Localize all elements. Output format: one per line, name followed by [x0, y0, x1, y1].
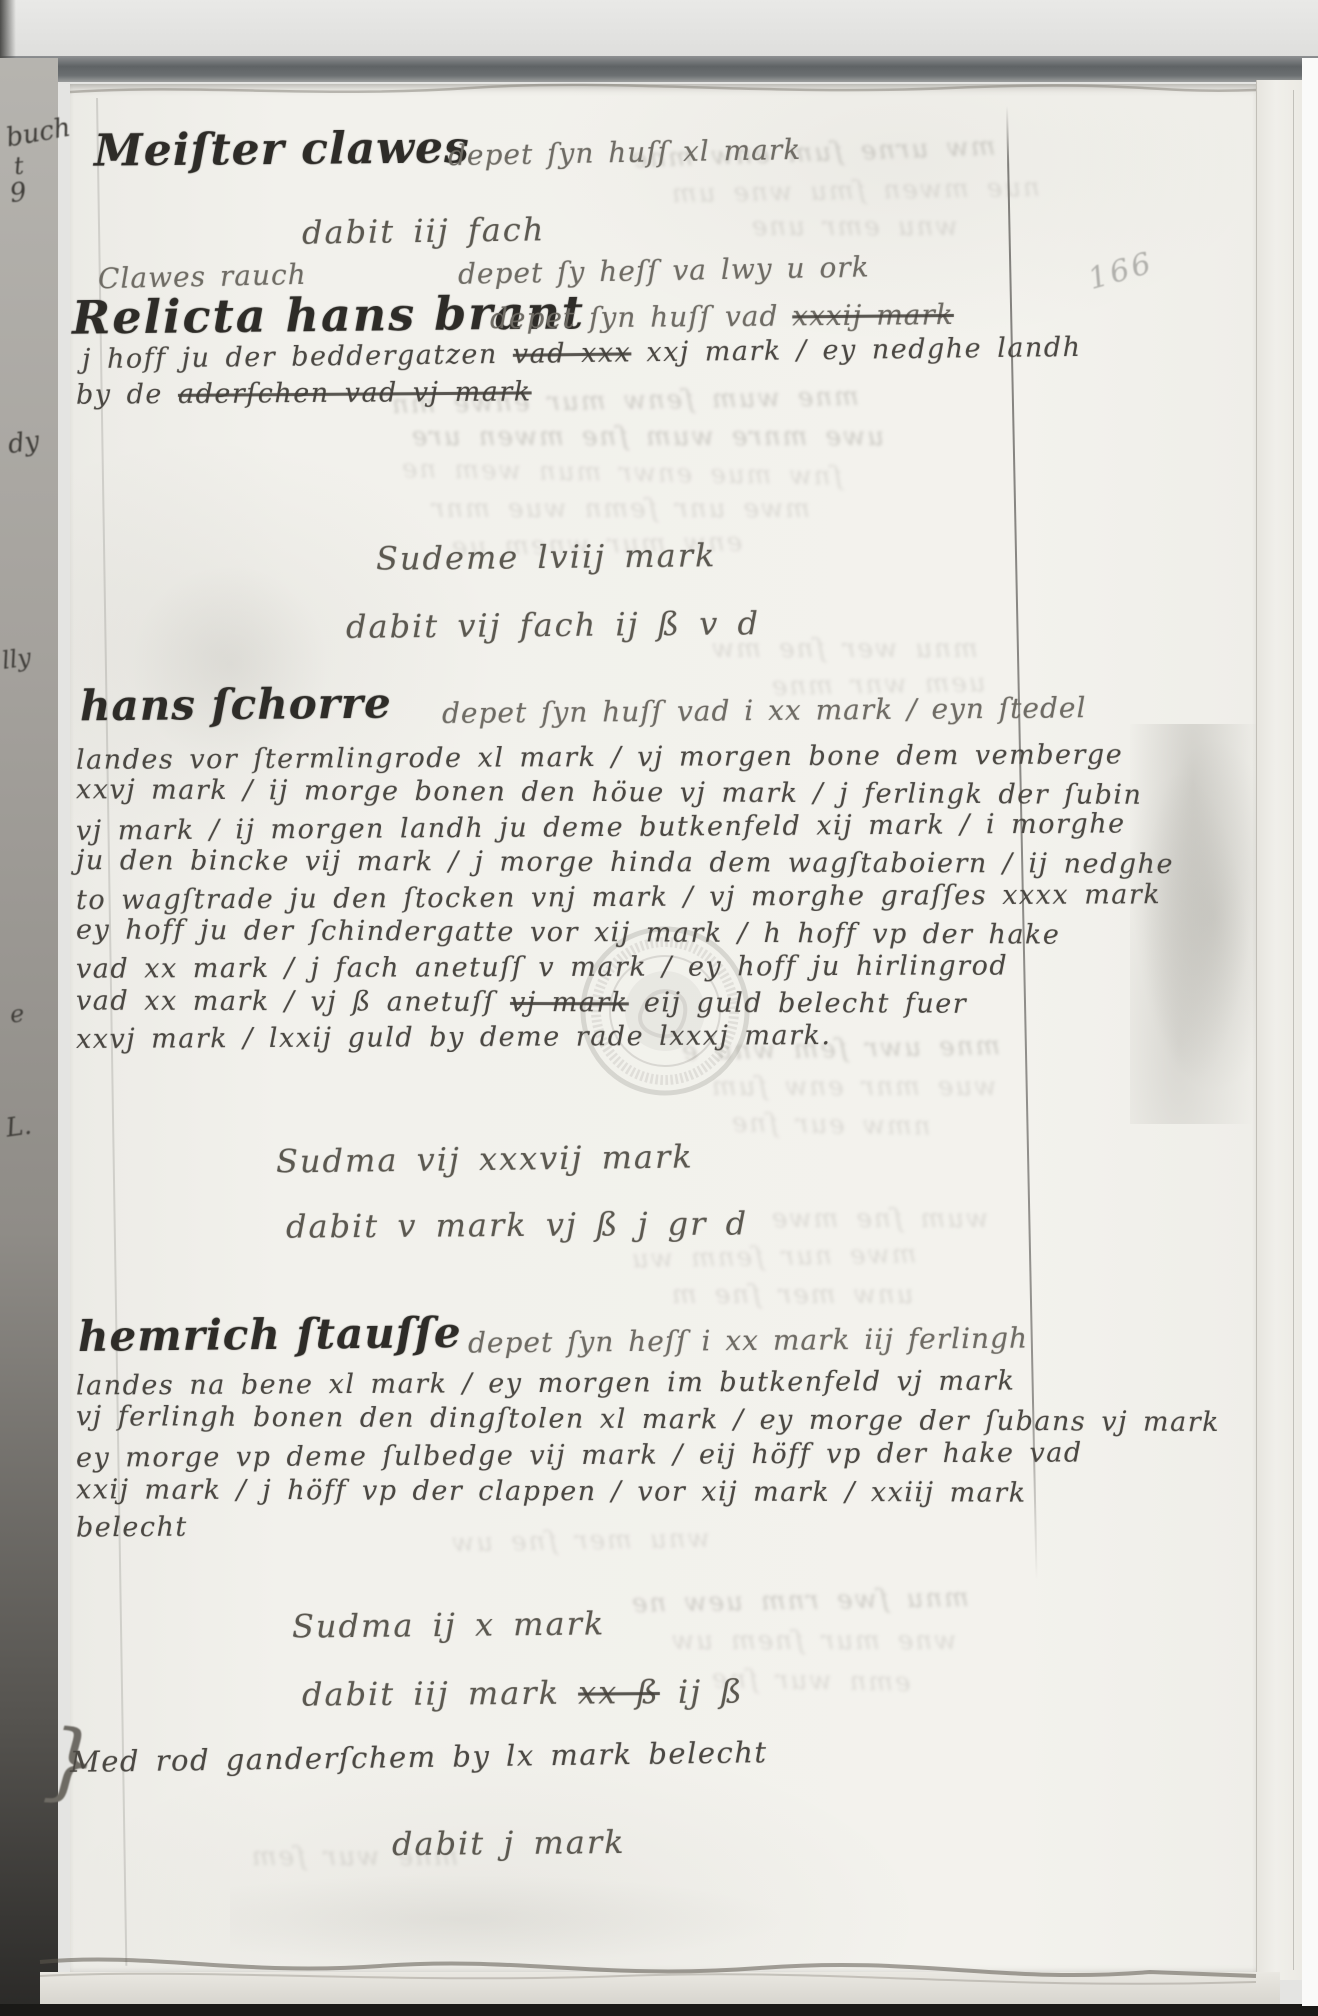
summa-line: Sudma ij x mark	[292, 1604, 606, 1645]
dabit-line: dabit vij fach ij ß v d	[346, 604, 760, 646]
paper-stain	[230, 1874, 790, 1964]
verso-text-fragment: e	[9, 999, 26, 1028]
entry-line: landes na bene xl mark / ey morgen im bu…	[76, 1366, 1015, 1402]
show-through-text: unw mer ſne m	[670, 1278, 913, 1313]
verso-text-fragment: L.	[4, 1110, 33, 1143]
page-stack-fore-edge	[1256, 80, 1304, 1980]
entry-line: ju den bincke vij mark / j morge hinda d…	[76, 845, 1174, 880]
show-through-text: nue mwen ſmu wne um	[670, 171, 1040, 212]
show-through-text: mnu ſwe rnm uew ne	[630, 1581, 969, 1622]
struck-amount: xxxij mark	[792, 298, 954, 332]
scanner-background-top	[0, 0, 1318, 58]
show-through-text: wnu emr une	[750, 210, 958, 245]
entry-line: xxij mark / j höff vp der clappen / vor …	[76, 1474, 1027, 1508]
entry-note-text: depet ſyn huſſ vad	[490, 299, 793, 335]
entry-name: hemrich ſtauſſe	[78, 1308, 462, 1361]
entry-line: vj ferlingh bonen den dingſtolen xl mark…	[76, 1401, 1220, 1438]
entry-note: depet ſyn huſſ xl mark	[448, 133, 802, 172]
show-through-text: wnu mer ſne uw	[450, 1522, 710, 1562]
scan-bottom-shadow	[0, 2004, 1318, 2016]
show-through-text: wne mur ſnem uw	[670, 1624, 956, 1659]
verso-text-fragment: dy	[6, 426, 41, 460]
interline-note: depet ſy heſſ va lwy u ork	[458, 250, 870, 290]
entry-line-text: xxj mark / ey nedghe landh	[631, 332, 1082, 368]
paper-stain	[130, 564, 330, 764]
summa-line: Sudma vij xxxvij mark	[276, 1137, 694, 1180]
entry-line-text: eij guld belecht fuer	[629, 987, 968, 1019]
dabit-line: dabit iij mark xx ß ij ß	[302, 1672, 744, 1713]
entry-line: belecht	[76, 1512, 188, 1544]
page-stack-edge-line	[1293, 90, 1294, 1970]
entry-line: landes vor ſtermlingrode xl mark / vj mo…	[76, 739, 1123, 775]
folio-number: 166	[1084, 246, 1157, 298]
manuscript-page: 166 mw urne ſum enw mne nue mwen ſmu wne…	[70, 84, 1256, 1974]
dabit-line: dabit iij fach	[302, 210, 546, 251]
scanned-manuscript-document: buch t 9 dy lly e L. 166 mw urne ſum enw…	[0, 0, 1318, 2016]
scanner-background-right	[1302, 58, 1318, 2006]
entry-line: xxvj mark / lxxij guld by deme rade lxxx…	[76, 1020, 832, 1055]
dabit-line: dabit j mark	[392, 1823, 626, 1863]
show-through-text: wum ſne mwe	[770, 1202, 988, 1237]
entry-line-text: vad xx mark / vj ß anetuſſ	[76, 985, 510, 1018]
entry-name: hans ſchorre	[80, 679, 392, 731]
entry-line: xxvj mark / ij morge bonen den höue vj m…	[76, 774, 1143, 811]
verso-text-fragment: lly	[0, 643, 33, 675]
struck-amount: vj mark	[510, 987, 629, 1018]
entry-line: by de aderſchen vad vj mark	[76, 376, 532, 410]
entry-line: vj mark / ij morgen landh ju deme butken…	[76, 808, 1126, 846]
right-margin-ruling-line	[1006, 106, 1038, 1580]
dabit-text: ij ß	[660, 1672, 744, 1711]
show-through-text: ſnw mue enwr mun wem ne	[400, 452, 843, 495]
entry-note: depet ſyn heſſ i xx mark iij ferlingh	[468, 1322, 1028, 1360]
entry-note: depet ſyn huſſ vad i xx mark / eyn ſtede…	[442, 691, 1087, 730]
dabit-line: dabit v mark vj ß j gr d	[286, 1204, 748, 1245]
dabit-text: dabit iij mark	[302, 1674, 578, 1714]
entry-name: Meiſter clawes	[94, 122, 470, 176]
summa-line: Sudeme lviij mark	[376, 536, 717, 578]
show-through-text: nmw eur ſne	[730, 1106, 931, 1144]
underlying-page-bottom-edge	[40, 1972, 1280, 2006]
paper-stain	[1130, 724, 1270, 1124]
entry-note: depet ſyn huſſ vad xxxij mark	[490, 298, 954, 335]
entry-line-text: j hoff ju der beddergatzen	[82, 339, 513, 375]
entry-line: vad xx mark / vj ß anetuſſ vj mark eij g…	[76, 985, 967, 1019]
show-through-text: mwe unr ſemn wue mnr	[430, 492, 810, 527]
show-through-text: mwe nur ſenm wu	[630, 1238, 917, 1278]
entry-line: ey morge vp deme ſulbedge vij mark / eij…	[76, 1437, 1083, 1473]
entry-line: vad xx mark / j fach anetuſſ v mark / ey…	[76, 950, 1008, 984]
show-through-text: uwe mnre wum ſne mwen ure	[410, 420, 884, 455]
struck-amount: vad xxx	[513, 337, 632, 369]
entry-line: ey hoff ju der ſchindergatte vor xij mar…	[76, 914, 1061, 950]
struck-amount: xx ß	[578, 1673, 660, 1712]
struck-amount: aderſchen vad vj mark	[178, 376, 532, 409]
entry-line: to wagſtrade ju den ſtocken vnj mark / v…	[76, 879, 1161, 916]
entry-line: Med rod ganderſchem by lx mark belecht	[70, 1735, 768, 1779]
book-top-edge-band	[0, 56, 1318, 82]
entry-line-text: by de	[76, 379, 178, 411]
